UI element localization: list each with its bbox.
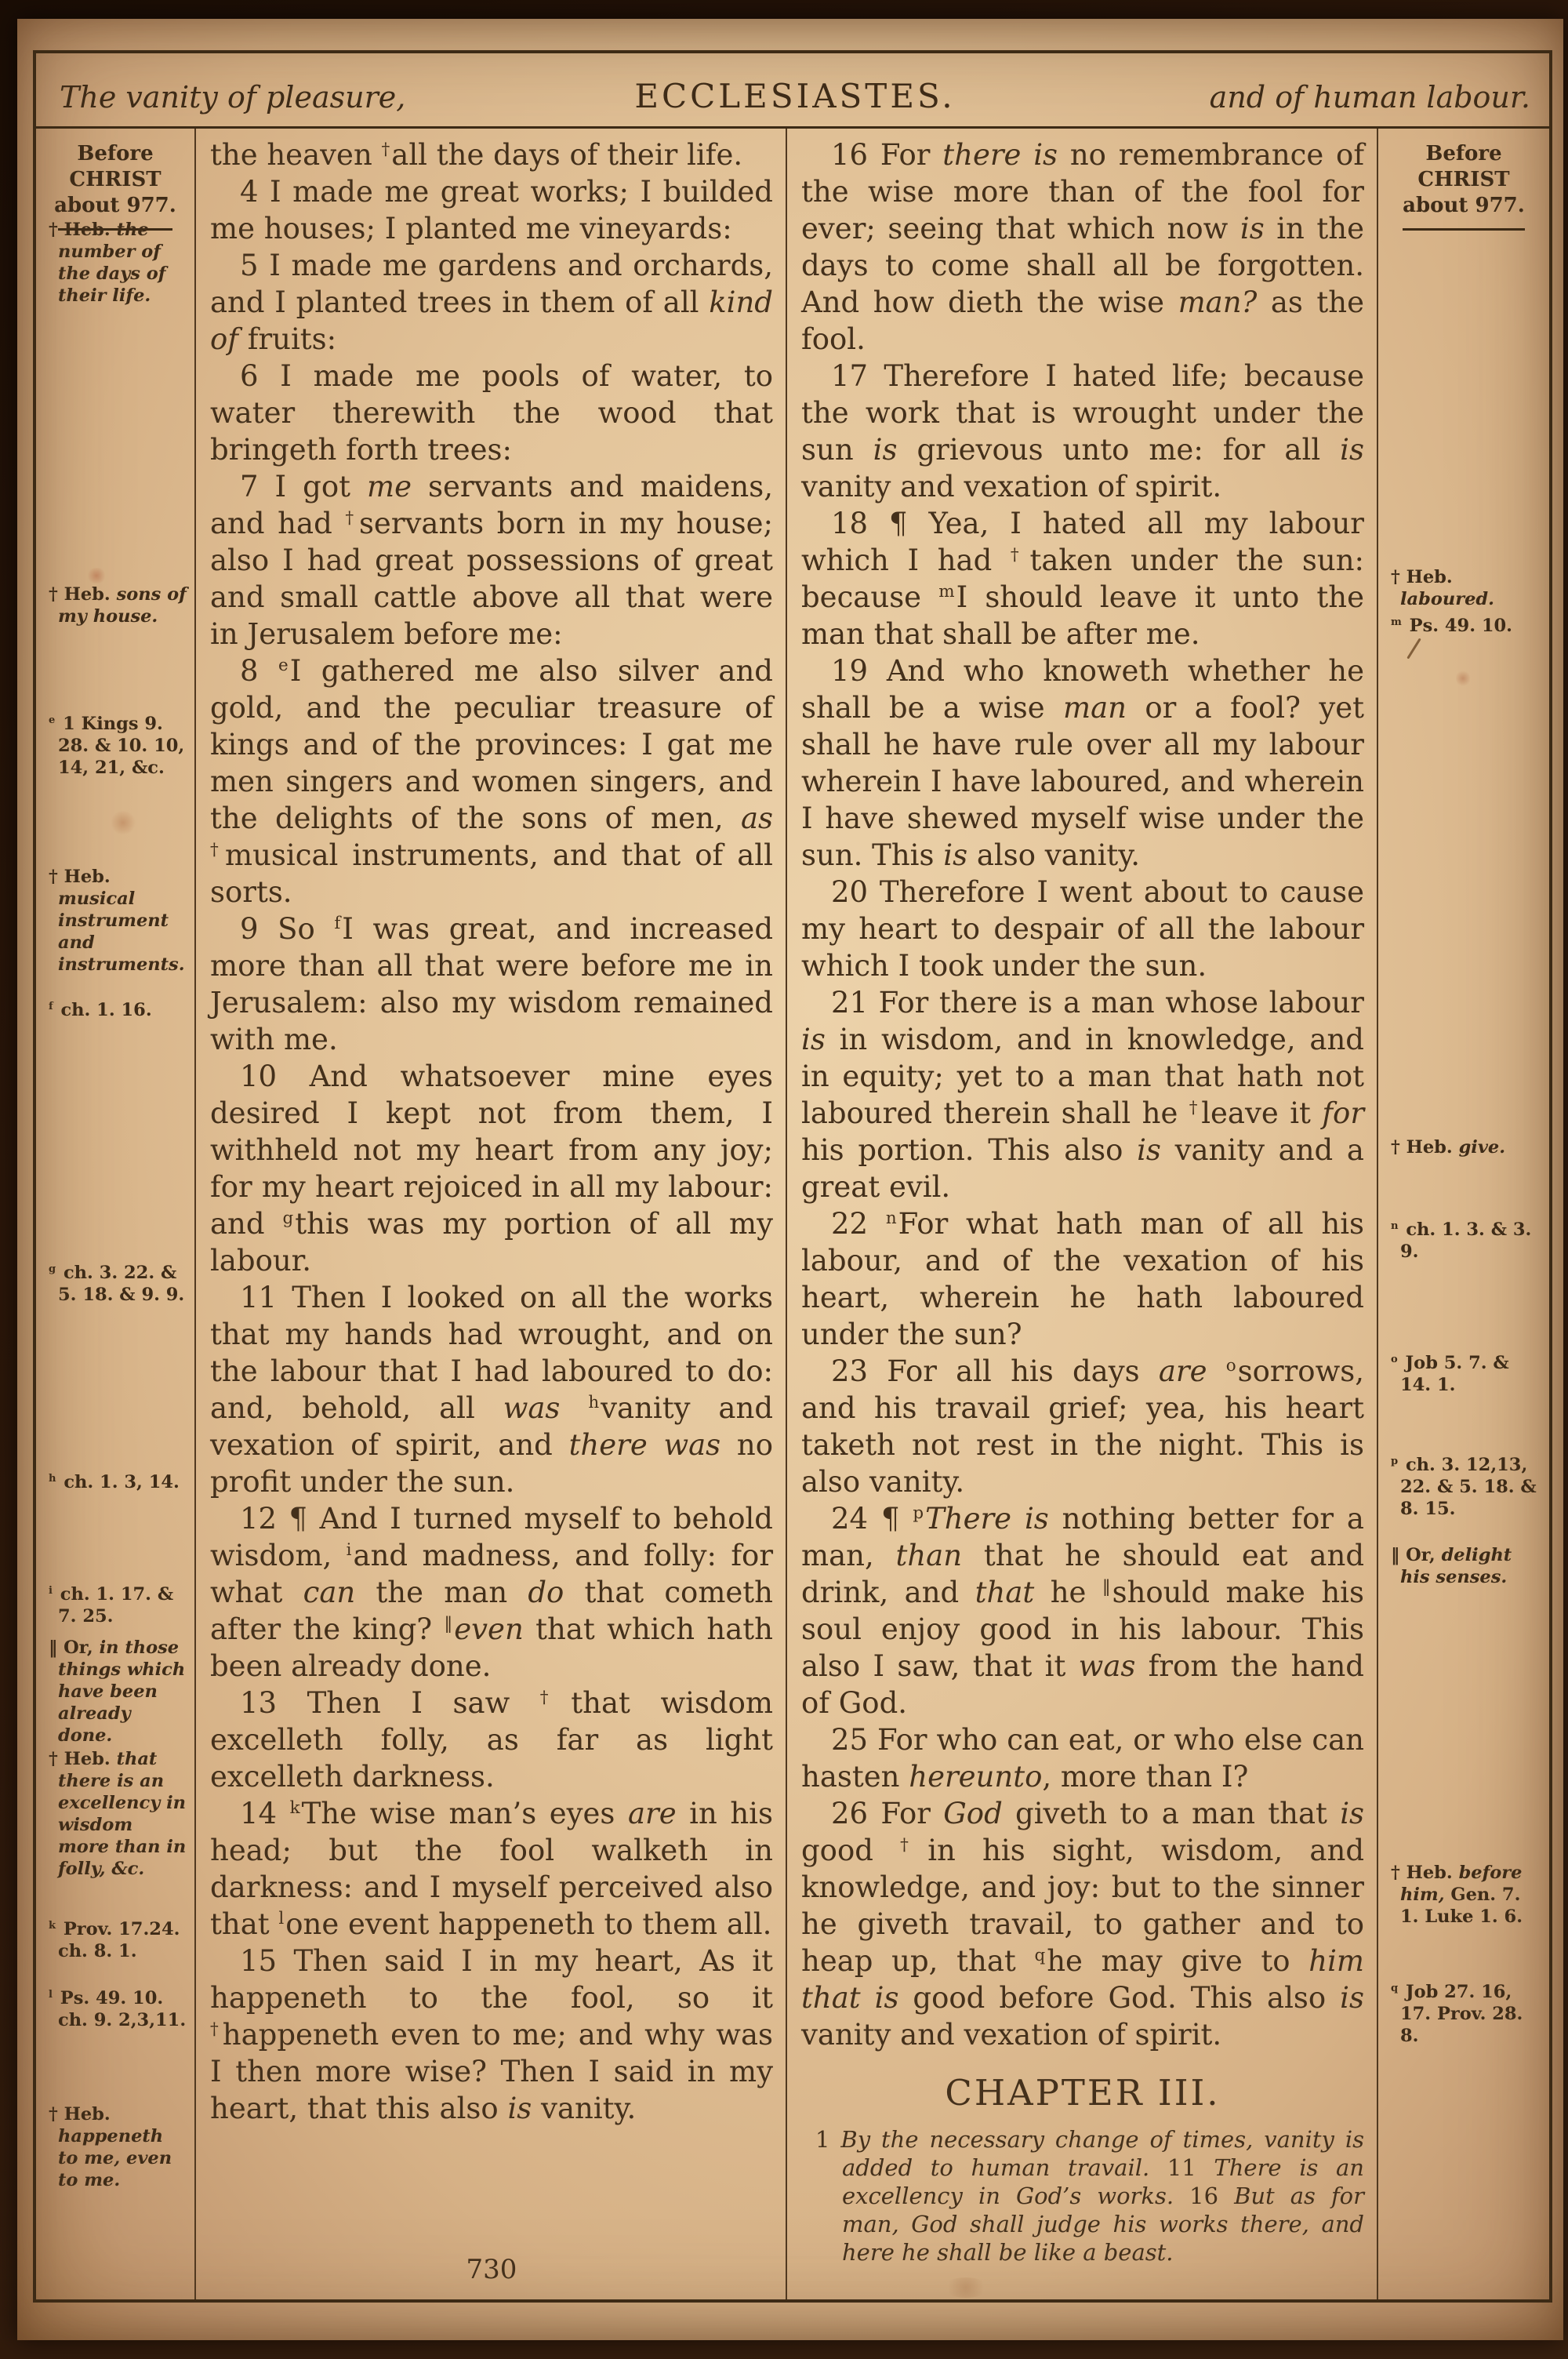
verse-paragraph: 15 Then said I in my heart, As it happen… [210, 1943, 773, 2127]
text-run: happeneth even to me; and why was I then… [210, 2018, 773, 2125]
text-run: that [975, 1576, 1035, 1609]
text-run: 16 [1174, 2183, 1234, 2209]
verse-paragraph: 16 For there is no remembrance of the wi… [801, 136, 1364, 358]
reference-mark: i [347, 1540, 352, 1560]
text-run: than [895, 1539, 962, 1572]
reference-mark: n [1391, 1220, 1399, 1232]
margin-note: † Heb. the number of the days of their l… [49, 219, 188, 307]
reference-mark: m [938, 582, 954, 602]
before-christ-line: about 977. [36, 193, 194, 219]
reference-mark: † [1011, 545, 1029, 565]
text-run: good before God. This also [898, 1981, 1340, 2015]
text-run: 23 For all his days [831, 1354, 1159, 1388]
text-run: he may give to [1047, 1944, 1308, 1978]
text-run: is [1340, 433, 1364, 467]
reference-mark: e [49, 714, 55, 726]
verse-paragraph: 10 And whatsoever mine eyes desired I ke… [210, 1058, 773, 1279]
text-run: vanity and vexation of spirit. [801, 470, 1221, 503]
reference-mark: h [49, 1473, 56, 1485]
text-run: one event happeneth to them all. [285, 1907, 771, 1941]
text-run: his portion. This also [801, 1133, 1137, 1167]
reference-mark: † [900, 1835, 926, 1855]
text-run: are [1159, 1354, 1207, 1388]
text-run: all the days of their life. [391, 138, 742, 172]
text-run: he [1034, 1576, 1102, 1609]
text-run: 14 [240, 1797, 290, 1830]
reference-mark: e [278, 656, 289, 675]
text-run: also vanity. [967, 838, 1140, 872]
margin-note: o Job 5. 7. & 14. 1. [1391, 1352, 1543, 1396]
reference-mark: n [886, 1209, 897, 1228]
text-run: ch. 1. 3. & 3. 9. [1400, 1219, 1532, 1262]
text-run: 6 I made me pools of water, to water the… [210, 359, 773, 467]
reference-mark: m [1391, 616, 1402, 628]
margin-note: † Heb. that there is an excellency in wi… [49, 1748, 188, 1880]
running-head-left: The vanity of pleasure, [60, 80, 534, 114]
verse-paragraph: 14 kThe wise man’s eyes are in his head;… [210, 1795, 773, 1943]
margin-note: i ch. 1. 17. & 7. 25. [49, 1583, 188, 1627]
text-run: is [507, 2092, 532, 2125]
margin-note: † Heb. musical instrument and instrument… [49, 866, 188, 976]
reference-mark: o [1391, 1354, 1398, 1365]
verse-paragraph: 8 eI gathered me also silver and gold, a… [210, 652, 773, 911]
margin-note: h ch. 1. 3, 14. [49, 1471, 188, 1493]
before-christ-line: Before [36, 141, 194, 167]
reference-mark: k [290, 1798, 300, 1818]
margin-note: k Prov. 17.24. ch. 8. 1. [49, 1918, 188, 1962]
text-run: was [503, 1391, 561, 1425]
before-christ-line: CHRIST [36, 167, 194, 193]
margin-note: † Heb. before him, Gen. 7. 1. Luke 1. 6. [1391, 1862, 1543, 1928]
scanned-page: The vanity of pleasure, ECCLESIASTES. an… [17, 19, 1563, 2340]
reference-mark: g [282, 1209, 293, 1228]
text-run: † Heb. [49, 584, 117, 605]
text-run: ‖ Or, [1391, 1545, 1442, 1565]
reference-mark: h [588, 1393, 599, 1412]
text-run: † Heb. [1391, 1137, 1459, 1158]
page-border-frame: The vanity of pleasure, ECCLESIASTES. an… [33, 50, 1552, 2303]
verse-paragraph: 13 Then I saw †that wisdom excelleth fol… [210, 1685, 773, 1795]
text-run: Job 5. 7. & 14. 1. [1399, 1353, 1509, 1395]
text-run: good [801, 1834, 900, 1867]
before-christ-heading: Before CHRIST about 977. [36, 129, 194, 231]
text-run: ch. 1. 3, 14. [58, 1472, 180, 1492]
verse-paragraph: 4 I made me great works; I builded me ho… [210, 173, 773, 247]
text-run: † Heb. [49, 2104, 111, 2125]
text-run: giveth to a man that [1003, 1797, 1340, 1830]
text-run: ch. 1. 17. & 7. 25. [54, 1584, 173, 1627]
verse-paragraph: 6 I made me pools of water, to water the… [210, 358, 773, 468]
running-head-right: and of human labour. [1056, 80, 1530, 114]
text-run: 11 [1149, 2154, 1214, 2181]
text-run: hereunto [909, 1760, 1042, 1794]
text-run: Job 27. 16, 17. Prov. 28. 8. [1399, 1982, 1523, 2046]
reference-mark: † [210, 2019, 221, 2039]
reference-mark: † [345, 508, 358, 528]
left-margin-column: Before CHRIST about 977. † Heb. the numb… [36, 129, 194, 2299]
text-run: ch. 3. 22. & 5. 18. & 9. 9. [57, 1263, 184, 1305]
text-run: is [1340, 1981, 1364, 2015]
ink-mark [1406, 638, 1421, 659]
text-run: † Heb. [49, 867, 111, 887]
text-run: 13 Then I saw [240, 1686, 540, 1720]
reference-mark: † [382, 140, 390, 159]
margin-note: ‖ Or, delight his senses. [1391, 1544, 1543, 1588]
margin-note: f ch. 1. 16. [49, 999, 188, 1021]
text-column-right: 16 For there is no remembrance of the wi… [786, 129, 1377, 2299]
book-title: ECCLESIASTES. [534, 77, 1056, 115]
text-run: man [1063, 691, 1127, 725]
text-run: 26 For [831, 1797, 943, 1830]
text-run: vanity. [532, 2092, 636, 2125]
text-run: me [367, 470, 412, 503]
verse-paragraph: 24 ¶ pThere is nothing better for a man,… [801, 1500, 1364, 1721]
margin-note: n ch. 1. 3. & 3. 9. [1391, 1219, 1543, 1263]
text-run: grievous unto me: for all [897, 433, 1340, 467]
text-run: as [741, 801, 773, 835]
reference-mark: i [49, 1585, 53, 1597]
text-run: is [801, 1023, 826, 1056]
verse-paragraph: 26 For God giveth to a man that is good … [801, 1795, 1364, 2053]
text-run: † Heb. [1391, 567, 1453, 587]
text-run: † Heb. [1391, 1863, 1459, 1883]
text-run: ch. 1. 16. [55, 1000, 152, 1020]
text-run: There is [925, 1502, 1049, 1536]
reference-mark: ‖ [1102, 1577, 1111, 1597]
text-run: I gathered me also silver and gold, and … [210, 654, 773, 835]
text-run: is [943, 838, 967, 872]
reference-mark: k [49, 1920, 56, 1932]
before-christ-heading: Before CHRIST about 977. [1378, 129, 1549, 231]
text-run [560, 1391, 588, 1425]
text-run: 16 For [831, 138, 942, 172]
text-run: give. [1459, 1137, 1506, 1158]
text-run: there is [942, 138, 1058, 172]
page-content: Before CHRIST about 977. † Heb. the numb… [36, 129, 1549, 2299]
reference-mark: q [1034, 1946, 1045, 1965]
reference-mark: f [49, 1001, 53, 1012]
verse-paragraph: 22 nFor what hath man of all his labour,… [801, 1205, 1364, 1353]
text-run: God [943, 1797, 1003, 1830]
verse-paragraph: 21 For there is a man whose labour is in… [801, 984, 1364, 1205]
heading-rule [1403, 228, 1526, 231]
scanned-book-photo: The vanity of pleasure, ECCLESIASTES. an… [0, 0, 1568, 2359]
verse-paragraph: 23 For all his days are osorrows, and hi… [801, 1353, 1364, 1500]
margin-note: p ch. 3. 12,13, 22. & 5. 18. & 8. 15. [1391, 1454, 1543, 1520]
text-run: there was [569, 1428, 721, 1462]
text-run: 21 For there is a man whose labour [831, 986, 1364, 1020]
verse-paragraph: 5 I made me gardens and orchards, and I … [210, 247, 773, 358]
text-run: 20 Therefore I went about to cause my he… [801, 875, 1364, 983]
right-margin-column: Before CHRIST about 977. † Heb. laboured… [1377, 129, 1549, 2299]
verse-paragraph: 7 I got me servants and maidens, and had… [210, 468, 773, 652]
margin-note: † Heb. happeneth to me, even to me. [49, 2103, 188, 2191]
text-run: Ps. 49. 10. [1403, 616, 1512, 636]
text-run: this was my portion of all my labour. [210, 1207, 773, 1278]
text-run: Prov. 17.24. ch. 8. 1. [57, 1919, 180, 1961]
text-run: The wise man’s eyes [302, 1797, 628, 1830]
text-run: † Heb. [49, 1749, 117, 1769]
verse-paragraph: 12 ¶ And I turned myself to behold wisdo… [210, 1500, 773, 1685]
text-run: musical instruments, and that of all sor… [210, 838, 773, 909]
text-run: do [528, 1576, 564, 1609]
reference-mark: p [1391, 1456, 1398, 1467]
margin-note: † Heb. give. [1391, 1136, 1543, 1158]
text-run: the man [355, 1576, 528, 1609]
text-run: 9 So [240, 912, 334, 946]
margin-note: l Ps. 49. 10. ch. 9. 2,3,11. [49, 1987, 188, 2031]
reference-mark: † [540, 1688, 570, 1707]
text-run: for [1322, 1096, 1364, 1130]
text-run: is [1240, 212, 1265, 245]
verse-paragraph: 11 Then I looked on all the works that m… [210, 1279, 773, 1500]
text-run: is [1137, 1133, 1161, 1167]
verse-continuation: the heaven †all the days of their life. [210, 136, 773, 173]
text-run: is [873, 433, 898, 467]
chapter-heading: CHAPTER III. [801, 2074, 1364, 2113]
text-run: 1 [815, 2126, 840, 2153]
text-run: 15 Then said I in my heart, As it happen… [210, 1944, 773, 2015]
before-christ-line: about 977. [1378, 193, 1549, 219]
text-run: the heaven [210, 138, 382, 172]
reference-mark: † [1189, 1098, 1200, 1118]
text-run: † Heb. [49, 220, 117, 240]
reference-mark: l [49, 1989, 53, 2001]
text-run: laboured. [1400, 589, 1494, 609]
text-run: even [454, 1612, 524, 1646]
running-header: The vanity of pleasure, ECCLESIASTES. an… [36, 53, 1549, 129]
reference-mark: p [913, 1503, 924, 1523]
margin-note: ‖ Or, in those things which have been al… [49, 1637, 188, 1747]
text-run: 7 I got [240, 470, 367, 503]
text-run: , more than I? [1042, 1760, 1248, 1794]
verse-paragraph: 20 Therefore I went about to cause my he… [801, 874, 1364, 984]
reference-mark: l [278, 1909, 284, 1928]
before-christ-line: CHRIST [1378, 167, 1549, 193]
text-run: vanity and vexation of spirit. [801, 2018, 1221, 2052]
text-run: 730 [466, 2254, 517, 2285]
before-christ-line: Before [1378, 141, 1549, 167]
text-run: Ps. 49. 10. ch. 9. 2,3,11. [54, 1988, 186, 2030]
margin-note: † Heb. laboured. [1391, 566, 1543, 610]
text-run: is [1340, 1797, 1364, 1830]
text-run: fruits: [238, 322, 336, 356]
reference-mark: o [1226, 1356, 1236, 1376]
text-run: are [628, 1797, 677, 1830]
text-run: 5 I made me gardens and orchards, and I … [210, 249, 773, 319]
text-run: CHAPTER III. [945, 2072, 1220, 2114]
text-run [1207, 1354, 1226, 1388]
reference-mark: ‖ [445, 1614, 453, 1634]
text-run: leave it [1201, 1096, 1322, 1130]
page-number: 730 [210, 2247, 773, 2288]
verse-paragraph: 19 And who knoweth whether he shall be a… [801, 652, 1364, 874]
text-run: ‖ Or, [49, 1637, 100, 1658]
text-run: 8 [240, 654, 278, 688]
text-run: man? [1178, 285, 1258, 319]
reference-mark: f [334, 914, 340, 933]
text-run: was [1079, 1649, 1136, 1683]
text-run: musical instrument and instruments. [58, 889, 185, 975]
margin-note: q Job 27. 16, 17. Prov. 28. 8. [1391, 1981, 1543, 2047]
verse-paragraph: 18 ¶ Yea, I hated all my labour which I … [801, 505, 1364, 652]
text-run: can [303, 1576, 356, 1609]
margin-note: e 1 Kings 9. 28. & 10. 10, 14, 21, &c. [49, 713, 188, 779]
chapter-summary: 1 By the necessary change of times, vani… [801, 2125, 1364, 2266]
verse-paragraph: 17 Therefore I hated life; because the w… [801, 358, 1364, 505]
verse-paragraph: 25 For who can eat, or who else can hast… [801, 1721, 1364, 1795]
text-run: 22 [831, 1207, 886, 1241]
text-run: ch. 3. 12,13, 22. & 5. 18. & 8. 15. [1399, 1455, 1537, 1519]
margin-note: † Heb. sons of my house. [49, 583, 188, 627]
reference-mark: g [49, 1263, 56, 1275]
verse-paragraph: 9 So fI was great, and increased more th… [210, 911, 773, 1058]
text-run: happeneth to me, even to me. [58, 2126, 172, 2190]
text-run: 4 I made me great works; I builded me ho… [210, 175, 773, 245]
reference-mark: q [1391, 1983, 1398, 1994]
text-column-left: the heaven †all the days of their life.4… [194, 129, 786, 2299]
text-run: 1 Kings 9. 28. & 10. 10, 14, 21, &c. [56, 714, 184, 778]
margin-note: m Ps. 49. 10. [1391, 615, 1543, 637]
reference-mark: † [210, 840, 223, 860]
margin-note: g ch. 3. 22. & 5. 18. & 9. 9. [49, 1262, 188, 1306]
text-run: 24 ¶ [831, 1502, 913, 1536]
